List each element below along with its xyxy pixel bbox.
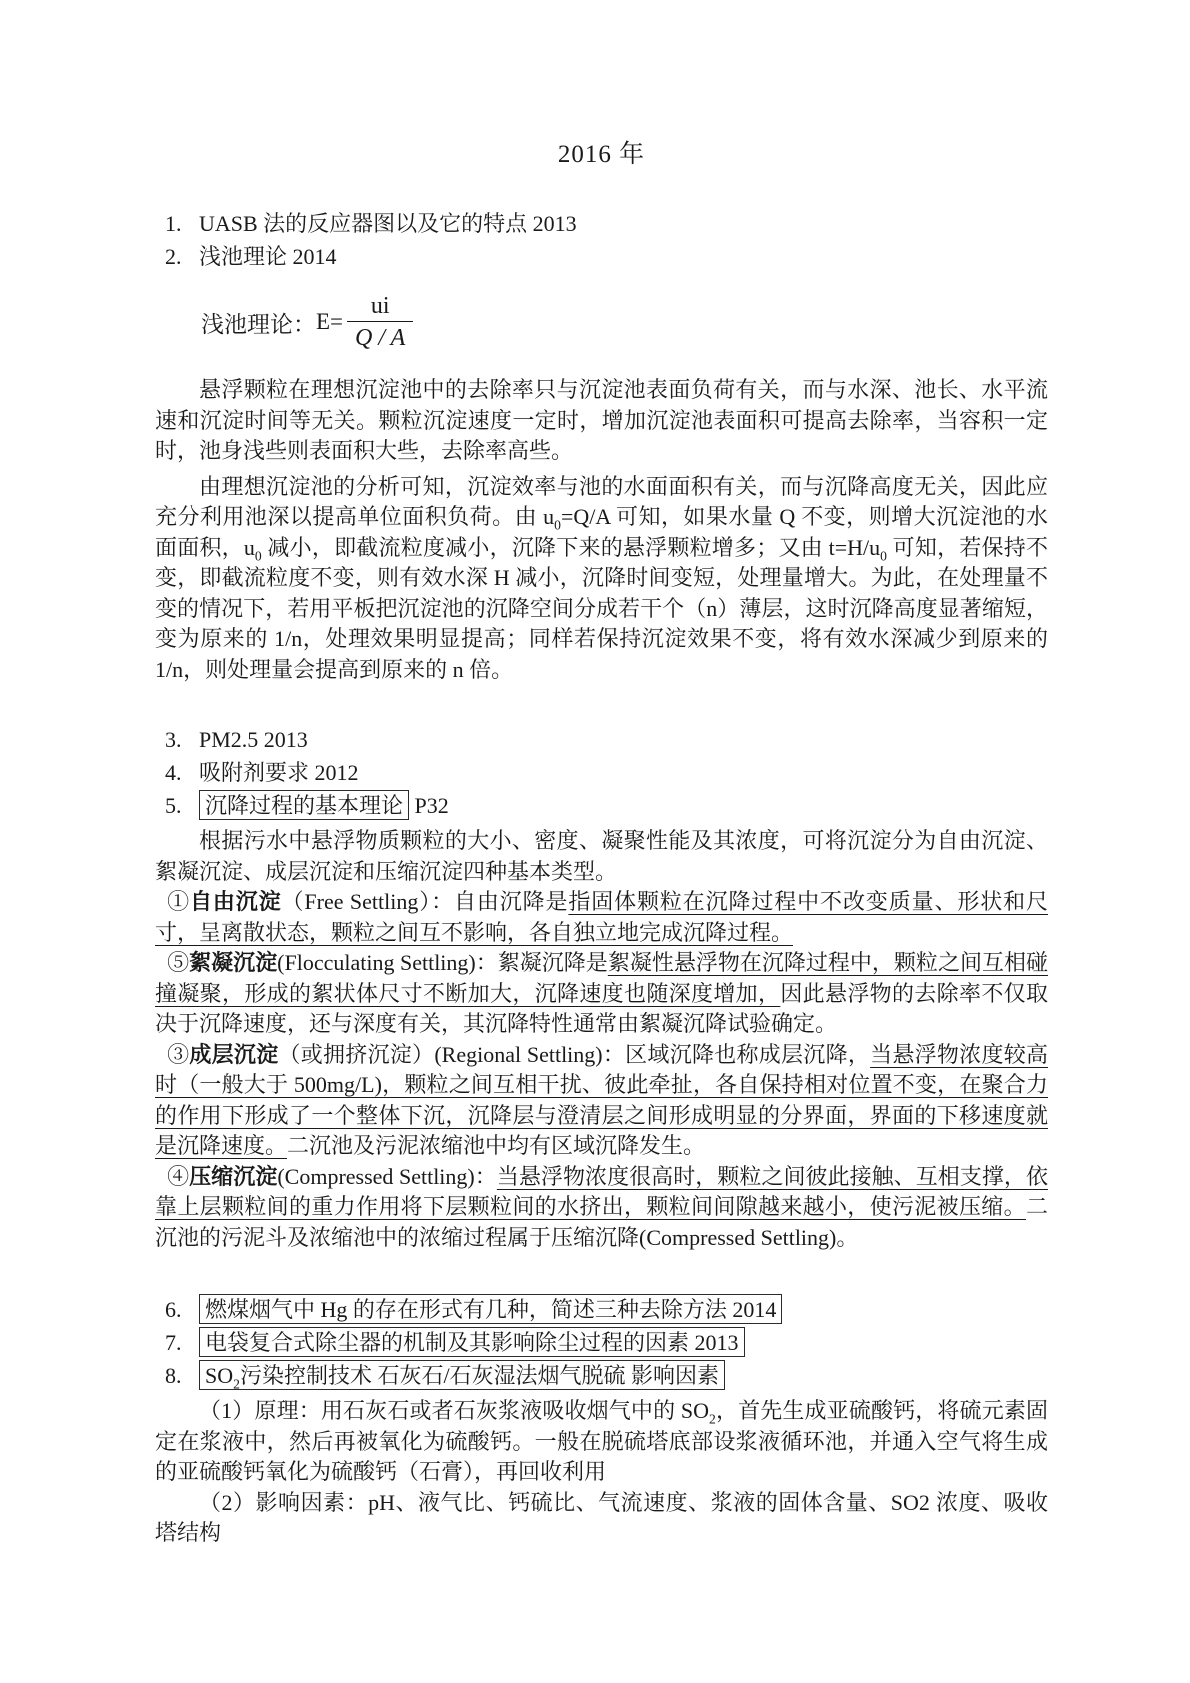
list-item-7: 7. 电袋复合式除尘器的机制及其影响除尘过程的因素 2013 — [155, 1326, 1048, 1359]
formula-fraction: ui Q / A — [347, 293, 413, 351]
list-item-5: 5. 沉降过程的基本理论 P32 — [155, 789, 1048, 822]
question-list-middle: 3. PM2.5 2013 4. 吸附剂要求 2012 5. 沉降过程的基本理论… — [155, 723, 1048, 822]
formula-label: 浅池理论： — [201, 306, 316, 339]
flocculating-settling-paragraph: ⑤絮凝沉淀(Flocculating Settling)：絮凝沉降是絮凝性悬浮物… — [155, 948, 1048, 1040]
item-number: 3. — [165, 723, 199, 756]
item-number: 8. — [165, 1359, 199, 1392]
page-title: 2016 年 — [155, 140, 1048, 170]
item-text: 浅池理论 2014 — [199, 240, 1048, 273]
fraction-numerator: ui — [357, 293, 404, 321]
item-number: 2. — [165, 240, 199, 273]
shallow-pool-formula: 浅池理论： E= ui Q / A — [201, 285, 1048, 359]
list-item-4: 4. 吸附剂要求 2012 — [155, 756, 1048, 789]
shallow-pool-paragraph-2: 由理想沉淀池的分析可知，沉淀效率与池的水面面积有关，而与沉降高度无关，因此应充分… — [155, 472, 1048, 686]
item-text: 吸附剂要求 2012 — [199, 756, 1048, 789]
item-text: UASB 法的反应器图以及它的特点 2013 — [199, 207, 1048, 240]
item-number: 4. — [165, 756, 199, 789]
list-item-3: 3. PM2.5 2013 — [155, 723, 1048, 756]
item-text: PM2.5 2013 — [199, 723, 1048, 756]
item-text-boxed: 电袋复合式除尘器的机制及其影响除尘过程的因素 2013 — [199, 1326, 1048, 1359]
shallow-pool-paragraph-1: 悬浮颗粒在理想沉淀池中的去除率只与沉淀池表面负荷有关，而与水深、池长、水平流速和… — [155, 375, 1048, 467]
list-item-2: 2. 浅池理论 2014 — [155, 240, 1048, 273]
so2-principle-paragraph: （1）原理：用石灰石或者石灰浆液吸收烟气中的 SO2，首先生成亚硫酸钙，将硫元素… — [155, 1396, 1048, 1488]
settling-types-intro: 根据污水中悬浮物质颗粒的大小、密度、凝聚性能及其浓度，可将沉淀分为自由沉淀、絮凝… — [155, 826, 1048, 887]
document-content: 2016 年 1. UASB 法的反应器图以及它的特点 2013 2. 浅池理论… — [155, 0, 1048, 1549]
item-number: 6. — [165, 1293, 199, 1326]
question-list-bottom: 6. 燃煤烟气中 Hg 的存在形式有几种，简述三种去除方法 2014 7. 电袋… — [155, 1293, 1048, 1392]
item-number: 5. — [165, 789, 199, 822]
list-item-1: 1. UASB 法的反应器图以及它的特点 2013 — [155, 207, 1048, 240]
document-page: { "colors": {"text": "#1a1a1a", "backgro… — [0, 0, 1190, 1683]
list-item-8: 8. SO2污染控制技术 石灰石/石灰湿法烟气脱硫 影响因素 — [155, 1359, 1048, 1392]
so2-factors-paragraph: （2）影响因素：pH、液气比、钙硫比、气流速度、浆液的固体含量、SO2 浓度、吸… — [155, 1488, 1048, 1549]
free-settling-paragraph: ①自由沉淀（Free Settling）：自由沉降是指固体颗粒在沉降过程中不改变… — [155, 887, 1048, 948]
question-list-top: 1. UASB 法的反应器图以及它的特点 2013 2. 浅池理论 2014 — [155, 207, 1048, 273]
formula-lhs: E= — [316, 309, 343, 335]
item-text-boxed: 沉降过程的基本理论 P32 — [199, 789, 1048, 822]
compressed-settling-paragraph: ④压缩沉淀(Compressed Settling)：当悬浮物浓度很高时，颗粒之… — [155, 1162, 1048, 1254]
list-item-6: 6. 燃煤烟气中 Hg 的存在形式有几种，简述三种去除方法 2014 — [155, 1293, 1048, 1326]
regional-settling-paragraph: ③成层沉淀（或拥挤沉淀）(Regional Settling)：区域沉降也称成层… — [155, 1040, 1048, 1162]
item-text-boxed: SO2污染控制技术 石灰石/石灰湿法烟气脱硫 影响因素 — [199, 1359, 1048, 1392]
item-number: 1. — [165, 207, 199, 240]
item-number: 7. — [165, 1326, 199, 1359]
item-text-boxed: 燃煤烟气中 Hg 的存在形式有几种，简述三种去除方法 2014 — [199, 1293, 1048, 1326]
fraction-denominator: Q / A — [347, 321, 413, 351]
